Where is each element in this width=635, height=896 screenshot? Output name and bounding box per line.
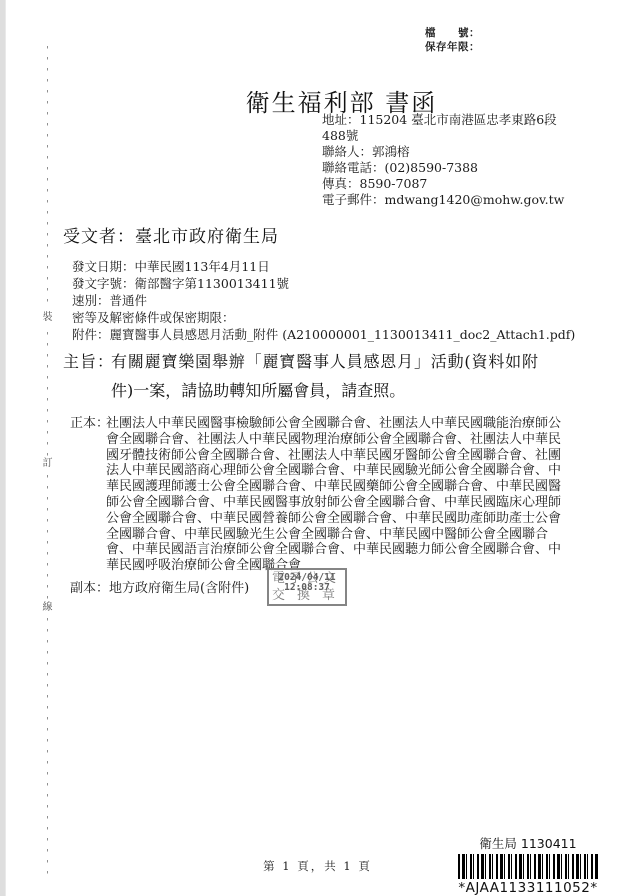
sender-address-line1: 地址：115204 臺北市南港區忠孝東路6段 <box>322 112 564 128</box>
copy-recipients-line: 副本：地方政府衛生局(含附件) <box>70 577 249 596</box>
copy-recipients-value: 地方政府衛生局(含附件) <box>109 581 249 596</box>
issue-date-value: 中華民國113年4月11日 <box>135 259 270 274</box>
barcode-value: *AJAA1133111052* <box>452 880 604 896</box>
subject-label: 主旨： <box>63 347 114 376</box>
issue-date-label: 發文日期： <box>72 259 135 274</box>
archive-file-no-label: 檔 號： <box>425 27 480 41</box>
security-row: 密等及解密條件或保密期限： <box>72 309 575 326</box>
copy-recipients-label: 副本： <box>70 581 109 596</box>
doc-number-value: 衛部醫字第1130013411號 <box>135 276 290 291</box>
letter-meta-block: 發文日期：中華民國113年4月11日 發文字號：衛部醫字第1130013411號… <box>72 258 575 343</box>
barcode-image <box>458 854 598 879</box>
sender-info-block: 地址：115204 臺北市南港區忠孝東路6段 488號 聯絡人：郭鴻榕 聯絡電話… <box>322 112 564 208</box>
recipient-value: 臺北市政府衛生局 <box>135 227 279 247</box>
subject-text: 有關麗寶樂園舉辦「麗寶醫事人員感恩月」活動(資料如附件)一案，請協助轉知所屬會員… <box>111 347 538 405</box>
subject-section: 主旨： 有關麗寶樂園舉辦「麗寶醫事人員感恩月」活動(資料如附件)一案，請協助轉知… <box>63 347 538 405</box>
primary-recipients-text: 社團法人中華民國醫事檢驗師公會全國聯合會、社團法人中華民國職能治療師公會全國聯合… <box>106 416 563 574</box>
sender-phone: 聯絡電話：(02)8590-7388 <box>322 160 564 176</box>
sender-email: 電子郵件：mdwang1420@mohw.gov.tw <box>322 192 564 208</box>
issue-date-row: 發文日期：中華民國113年4月11日 <box>72 258 575 275</box>
primary-recipients-label: 正本： <box>70 416 109 432</box>
official-letter-page: 裝 訂 線 檔 號： 保存年限： 衛生福利部 書函 地址：115204 臺北市南… <box>0 0 635 896</box>
attachment-value: 麗寶醫事人員感恩月活動_附件 (A210000001_1130013411_do… <box>110 327 576 342</box>
primary-recipients-section: 正本： 社團法人中華民國醫事檢驗師公會全國聯合會、社團法人中華民國職能治療師公會… <box>70 416 563 574</box>
security-label: 密等及解密條件或保密期限： <box>72 310 235 325</box>
barcode-block: 衛生局 1130411 *AJAA1133111052* <box>452 834 604 896</box>
sender-contact-person: 聯絡人：郭鴻榕 <box>322 144 564 160</box>
attachment-row: 附件：麗寶醫事人員感恩月活動_附件 (A210000001_1130013411… <box>72 326 575 343</box>
sender-fax: 傳真：8590-7087 <box>322 176 564 192</box>
speed-row: 速別：普通件 <box>72 292 575 309</box>
electronic-exchange-stamp: 電子公文 交換章 2024/04/11 12:08:37 <box>267 568 347 606</box>
barcode-caption: 衛生局 1130411 <box>452 834 604 852</box>
archive-header: 檔 號： 保存年限： <box>425 27 480 54</box>
archive-retention-label: 保存年限： <box>425 41 480 55</box>
scan-edge-strip <box>0 0 6 896</box>
recipient-line: 受文者：臺北市政府衛生局 <box>63 222 279 247</box>
attachment-label: 附件： <box>72 327 110 342</box>
stamp-time: 12:08:37 <box>269 582 345 593</box>
speed-value: 普通件 <box>110 293 148 308</box>
binding-mark-zhuang: 裝 <box>41 310 54 325</box>
sender-address-line2: 488號 <box>322 128 564 144</box>
doc-number-label: 發文字號： <box>72 276 135 291</box>
recipient-label: 受文者： <box>63 227 135 247</box>
binding-mark-xian: 線 <box>41 600 54 615</box>
binding-mark-ding: 訂 <box>41 456 54 471</box>
speed-label: 速別： <box>72 293 110 308</box>
doc-number-row: 發文字號：衛部醫字第1130013411號 <box>72 275 575 292</box>
